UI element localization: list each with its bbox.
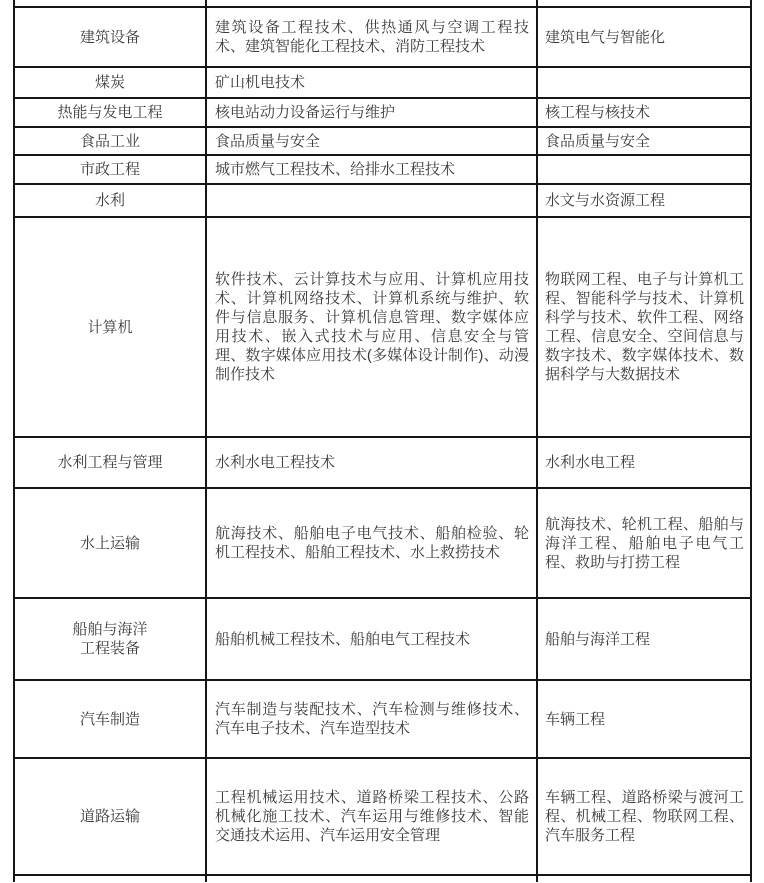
vocational-majors-cell: 船舶机械工程技术、船舶电气工程技术 [206,598,537,680]
category-cell: 船舶与海洋 工程装备 [14,598,206,680]
table-row: 热能与发电工程 核电站动力设备运行与维护 核工程与核技术 [14,98,751,127]
category-cell: 煤炭 [14,67,206,98]
table-row-partial-bottom [14,875,751,882]
undergraduate-majors-cell [537,0,751,7]
category-cell: 建筑设备 [14,7,206,67]
table-row: 汽车制造 汽车制造与装配技术、汽车检测与维修技术、汽车电子技术、汽车造型技术 车… [14,680,751,758]
vocational-majors-cell: 建筑设备工程技术、供热通风与空调工程技术、建筑智能化工程技术、消防工程技术 [206,7,537,67]
undergraduate-majors-cell: 车辆工程 [537,680,751,758]
document-page: 建筑设备 建筑设备工程技术、供热通风与空调工程技术、建筑智能化工程技术、消防工程… [0,0,764,883]
undergraduate-majors-cell [537,67,751,98]
vocational-majors-cell: 矿山机电技术 [206,67,537,98]
undergraduate-majors-cell [537,875,751,882]
table-row: 水利 水文与水资源工程 [14,184,751,217]
undergraduate-majors-cell: 车辆工程、道路桥梁与渡河工程、机械工程、物联网工程、汽车服务工程 [537,758,751,875]
table-row: 水上运输 航海技术、船舶电子电气技术、船舶检验、轮机工程技术、船舶工程技术、水上… [14,488,751,598]
vocational-majors-cell [206,184,537,217]
vocational-majors-cell: 水利水电工程技术 [206,437,537,488]
undergraduate-majors-cell: 航海技术、轮机工程、船舶与海洋工程、船舶电子电气工程、救助与打捞工程 [537,488,751,598]
category-cell: 市政工程 [14,155,206,184]
undergraduate-majors-cell: 核工程与核技术 [537,98,751,127]
table-row: 计算机 软件技术、云计算技术与应用、计算机应用技术、计算机网络技术、计算机系统与… [14,217,751,437]
vocational-majors-cell: 核电站动力设备运行与维护 [206,98,537,127]
category-cell: 水上运输 [14,488,206,598]
category-cell [14,0,206,7]
majors-mapping-table: 建筑设备 建筑设备工程技术、供热通风与空调工程技术、建筑智能化工程技术、消防工程… [13,0,752,882]
vocational-majors-cell [206,0,537,7]
vocational-majors-cell: 航海技术、船舶电子电气技术、船舶检验、轮机工程技术、船舶工程技术、水上救捞技术 [206,488,537,598]
table-row: 食品工业 食品质量与安全 食品质量与安全 [14,127,751,155]
vocational-majors-cell: 软件技术、云计算技术与应用、计算机应用技术、计算机网络技术、计算机系统与维护、软… [206,217,537,437]
undergraduate-majors-cell: 食品质量与安全 [537,127,751,155]
vocational-majors-cell: 工程机械运用技术、道路桥梁工程技术、公路机械化施工技术、汽车运用与维修技术、智能… [206,758,537,875]
vocational-majors-cell: 城市燃气工程技术、给排水工程技术 [206,155,537,184]
category-cell: 食品工业 [14,127,206,155]
table-row: 市政工程 城市燃气工程技术、给排水工程技术 [14,155,751,184]
category-cell: 道路运输 [14,758,206,875]
table-row-partial-top [14,0,751,7]
table-row: 水利工程与管理 水利水电工程技术 水利水电工程 [14,437,751,488]
category-cell: 计算机 [14,217,206,437]
undergraduate-majors-cell: 水利水电工程 [537,437,751,488]
undergraduate-majors-cell: 物联网工程、电子与计算机工程、智能科学与技术、计算机科学与技术、软件工程、网络工… [537,217,751,437]
category-cell: 水利 [14,184,206,217]
vocational-majors-cell: 汽车制造与装配技术、汽车检测与维修技术、汽车电子技术、汽车造型技术 [206,680,537,758]
category-cell: 水利工程与管理 [14,437,206,488]
vocational-majors-cell: 食品质量与安全 [206,127,537,155]
category-cell: 热能与发电工程 [14,98,206,127]
vocational-majors-cell [206,875,537,882]
table-row: 船舶与海洋 工程装备 船舶机械工程技术、船舶电气工程技术 船舶与海洋工程 [14,598,751,680]
category-cell [14,875,206,882]
category-cell: 汽车制造 [14,680,206,758]
undergraduate-majors-cell: 水文与水资源工程 [537,184,751,217]
undergraduate-majors-cell: 船舶与海洋工程 [537,598,751,680]
table-row: 道路运输 工程机械运用技术、道路桥梁工程技术、公路机械化施工技术、汽车运用与维修… [14,758,751,875]
undergraduate-majors-cell: 建筑电气与智能化 [537,7,751,67]
table-row: 煤炭 矿山机电技术 [14,67,751,98]
majors-table-body: 建筑设备 建筑设备工程技术、供热通风与空调工程技术、建筑智能化工程技术、消防工程… [14,0,751,882]
table-row: 建筑设备 建筑设备工程技术、供热通风与空调工程技术、建筑智能化工程技术、消防工程… [14,7,751,67]
undergraduate-majors-cell [537,155,751,184]
